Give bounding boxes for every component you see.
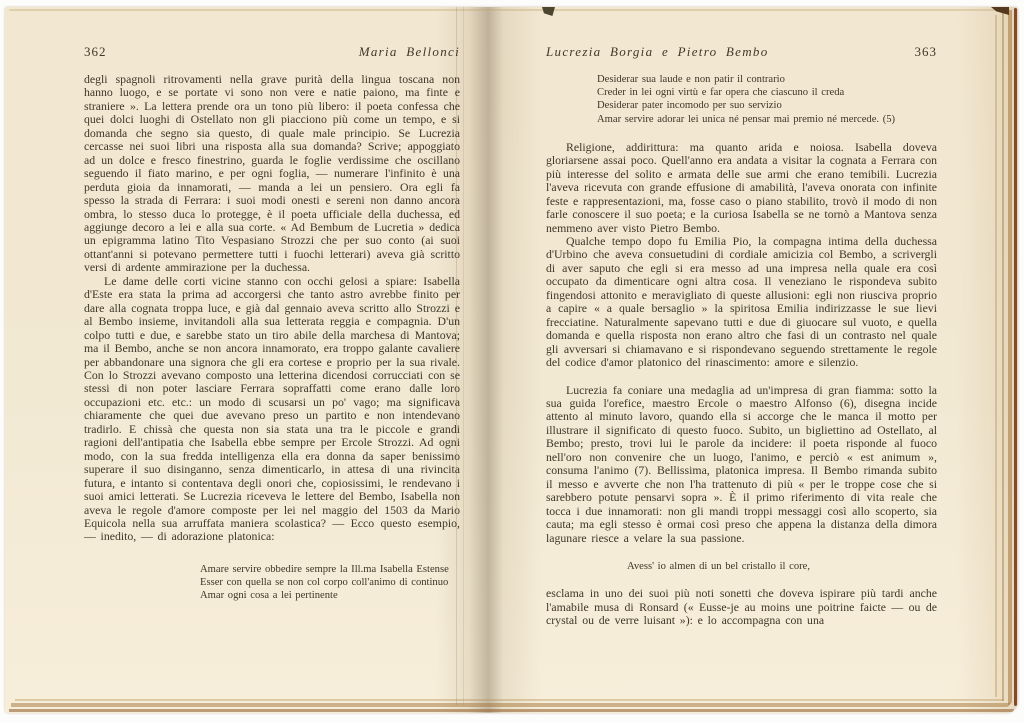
book-cover-edge-bottom <box>9 709 1014 712</box>
verse-line: Amar servire adorar lei unica né pensar … <box>597 113 937 126</box>
paragraph: Qualche tempo dopo fu Emilia Pio, la com… <box>546 235 937 370</box>
top-page-edge <box>9 9 1000 11</box>
page-stack-edge <box>1008 10 1012 705</box>
page-stack-edge <box>1002 12 1004 701</box>
paragraph: Lucrezia fa coniare una medaglia ad un'i… <box>546 384 937 545</box>
page-number-right: 363 <box>915 44 938 60</box>
verse-line: Avess' io almen di un bel cristallo il c… <box>627 560 937 573</box>
verse-line: Amar ogni cosa a lei pertinente <box>200 589 460 602</box>
right-page-closing: esclama in uno dei suoi più noti sonetti… <box>546 587 937 627</box>
page-stack-edge-bottom <box>15 699 1004 701</box>
paragraph: Religione, addirittura: ma quanto arida … <box>546 141 937 235</box>
spine-notch <box>542 7 555 16</box>
verse-line: Desiderar sua laude e non patir il contr… <box>597 73 937 86</box>
book-photo: 362 Maria Bellonci degli spagnoli ritrov… <box>0 0 1024 723</box>
paragraph: esclama in uno dei suoi più noti sonetti… <box>546 587 937 627</box>
left-page-body: degli spagnoli ritrovamenti nella grave … <box>84 73 460 544</box>
paragraph: Le dame delle corti vicine stanno con oc… <box>84 275 460 544</box>
right-page-header: Lucrezia Borgia e Pietro Bembo 363 <box>546 44 937 60</box>
left-page-header: 362 Maria Bellonci <box>84 44 460 60</box>
corner-notch <box>991 7 1009 15</box>
verse-line: Esser con quella se non col corpo coll'a… <box>200 576 460 589</box>
spine-crease <box>463 7 464 705</box>
left-page-verse: Amare servire obbedire sempre la Ill.ma … <box>200 563 460 603</box>
verse-line: Desiderar pater incomodo per suo servizi… <box>597 99 937 112</box>
verse-line: Creder in lei ogni virtù e far opera che… <box>597 86 937 99</box>
page-stack-edge-bottom <box>11 703 1010 707</box>
book-cover-edge <box>1014 8 1017 706</box>
running-header-left: Maria Bellonci <box>359 44 460 60</box>
right-page-verse-top: Desiderar sua laude e non patir il contr… <box>597 73 937 126</box>
page-number-left: 362 <box>84 44 107 60</box>
paragraph: degli spagnoli ritrovamenti nella grave … <box>84 73 460 275</box>
page-stack-edge <box>995 15 997 697</box>
right-page-verse-middle: Avess' io almen di un bel cristallo il c… <box>627 560 937 573</box>
verse-line: Amare servire obbedire sempre la Ill.ma … <box>200 563 460 576</box>
right-page: Lucrezia Borgia e Pietro Bembo 363 Desid… <box>546 44 937 628</box>
left-page: 362 Maria Bellonci degli spagnoli ritrov… <box>84 44 460 602</box>
running-header-right: Lucrezia Borgia e Pietro Bembo <box>546 44 769 60</box>
right-page-body: Religione, addirittura: ma quanto arida … <box>546 141 937 545</box>
